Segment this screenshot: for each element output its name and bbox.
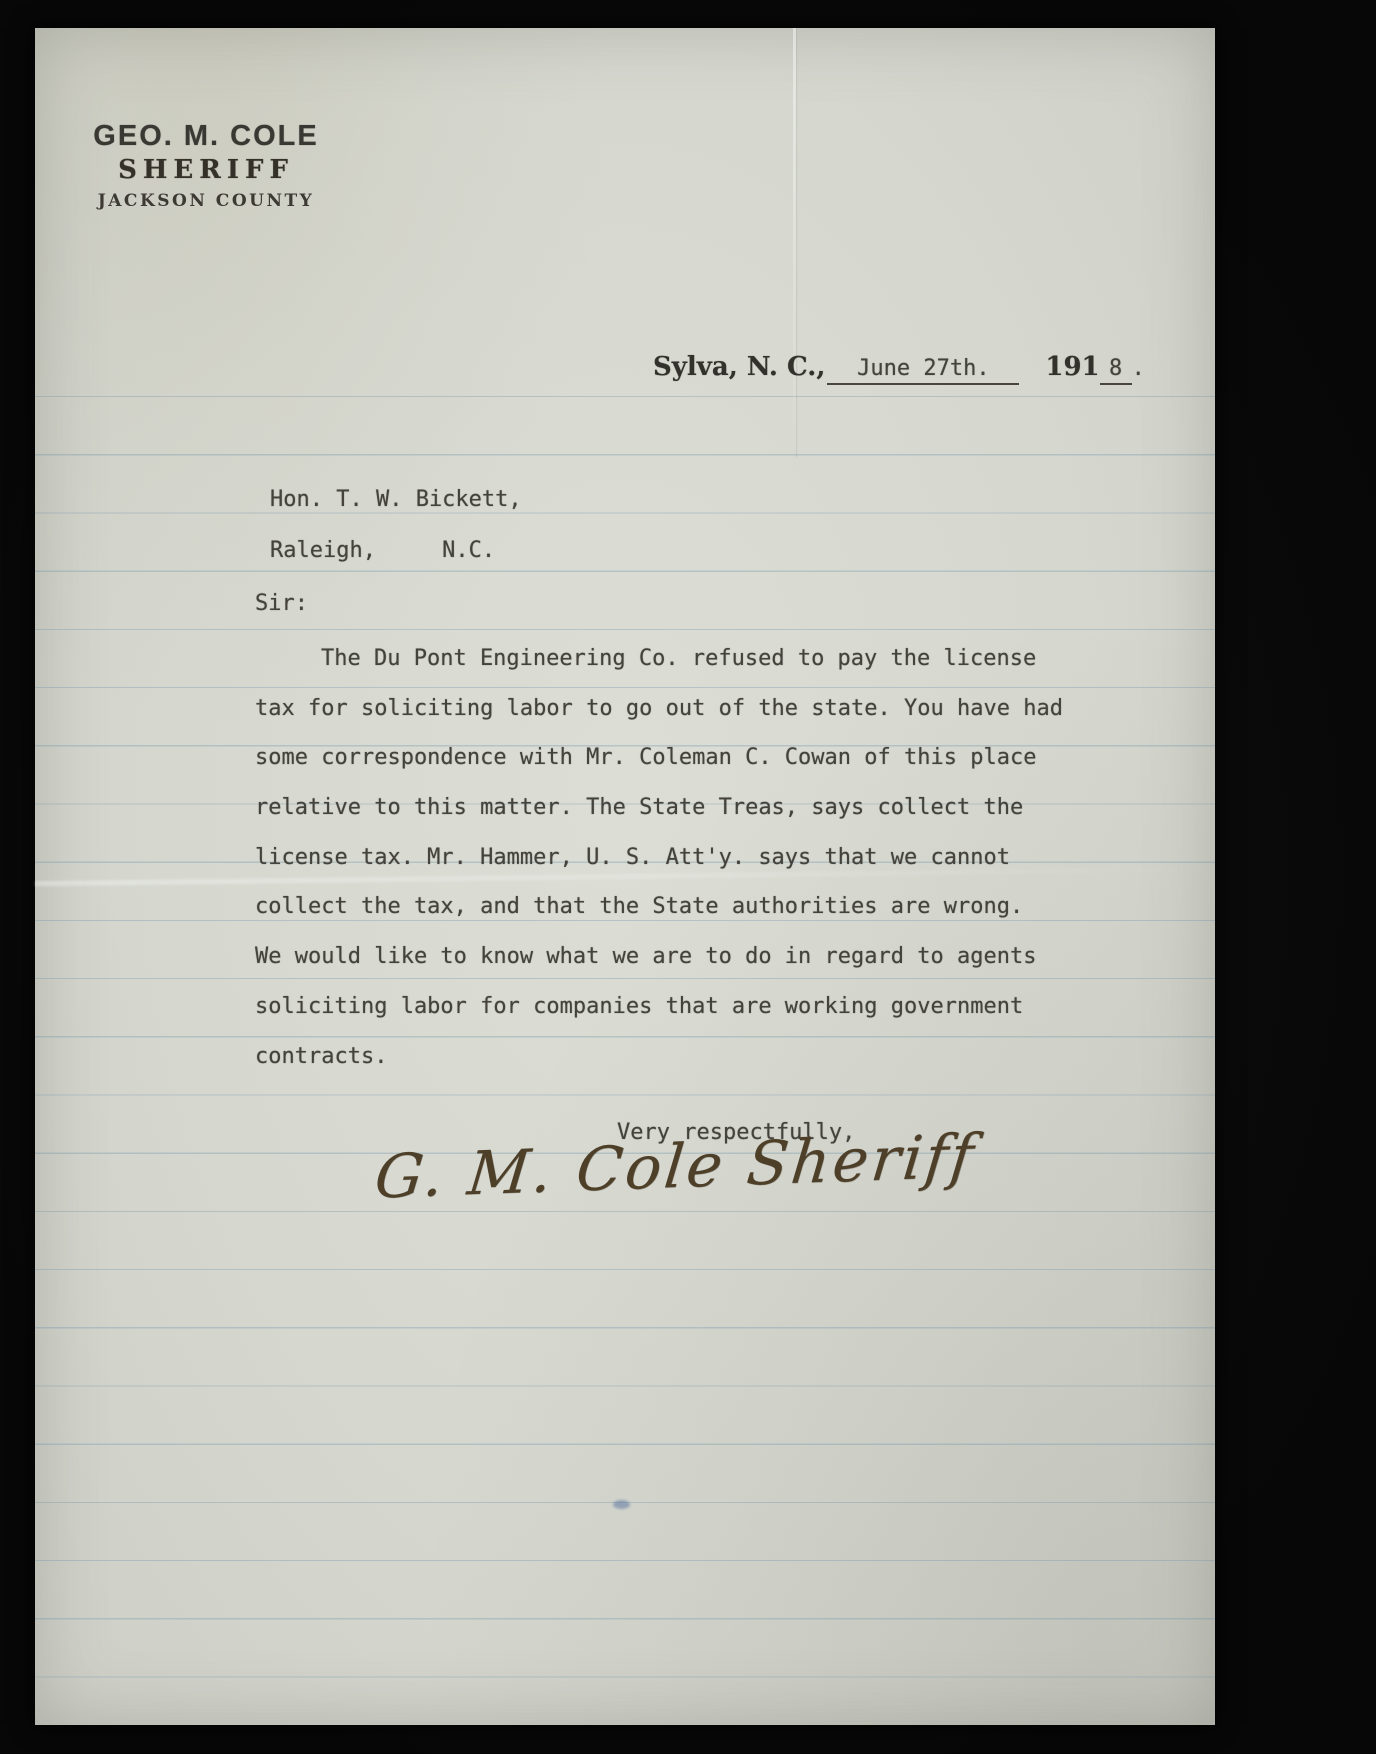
dateline: Sylva, N. C.,June 27th.1918. xyxy=(653,352,1145,385)
body-line: tax for soliciting labor to go out of th… xyxy=(255,696,1115,746)
dateline-year-underline: 8 xyxy=(1100,356,1132,385)
body-line: We would like to know what we are to do … xyxy=(255,944,1115,994)
dateline-place: Sylva, N. C., xyxy=(653,352,825,382)
letter-body: The Du Pont Engineering Co. refused to p… xyxy=(255,646,1115,1093)
body-line: some correspondence with Mr. Coleman C. … xyxy=(255,745,1115,795)
body-line: soliciting labor for companies that are … xyxy=(255,994,1115,1044)
letterhead-name: GEO. M. COLE xyxy=(93,120,319,153)
dateline-year-printed: 191 xyxy=(1045,352,1099,382)
dateline-period: . xyxy=(1132,356,1145,381)
salutation: Sir: xyxy=(255,591,308,616)
handwritten-signature: G. M. Cole Sheriff xyxy=(371,1121,979,1212)
letterhead: GEO. M. COLE SHERIFF JACKSON COUNTY xyxy=(93,120,319,211)
body-line: license tax. Mr. Hammer, U. S. Att'y. sa… xyxy=(255,845,1115,895)
body-line: relative to this matter. The State Treas… xyxy=(255,795,1115,845)
body-line: collect the tax, and that the State auth… xyxy=(255,894,1115,944)
recipient-city: Raleigh, N.C. xyxy=(270,538,495,563)
letterhead-county: JACKSON COUNTY xyxy=(93,191,319,211)
ink-smudge xyxy=(613,1500,630,1509)
vertical-crease xyxy=(793,28,796,458)
letterhead-title: SHERIFF xyxy=(93,155,319,185)
recipient-name: Hon. T. W. Bickett, xyxy=(270,487,522,512)
dateline-year-typed: 8 xyxy=(1109,356,1122,381)
body-line: The Du Pont Engineering Co. refused to p… xyxy=(255,646,1115,696)
dateline-date: June 27th. xyxy=(857,356,989,381)
dateline-date-underline: June 27th. xyxy=(827,356,1019,385)
letter-page: GEO. M. COLE SHERIFF JACKSON COUNTY Sylv… xyxy=(35,28,1215,1725)
body-line: contracts. xyxy=(255,1044,1115,1094)
